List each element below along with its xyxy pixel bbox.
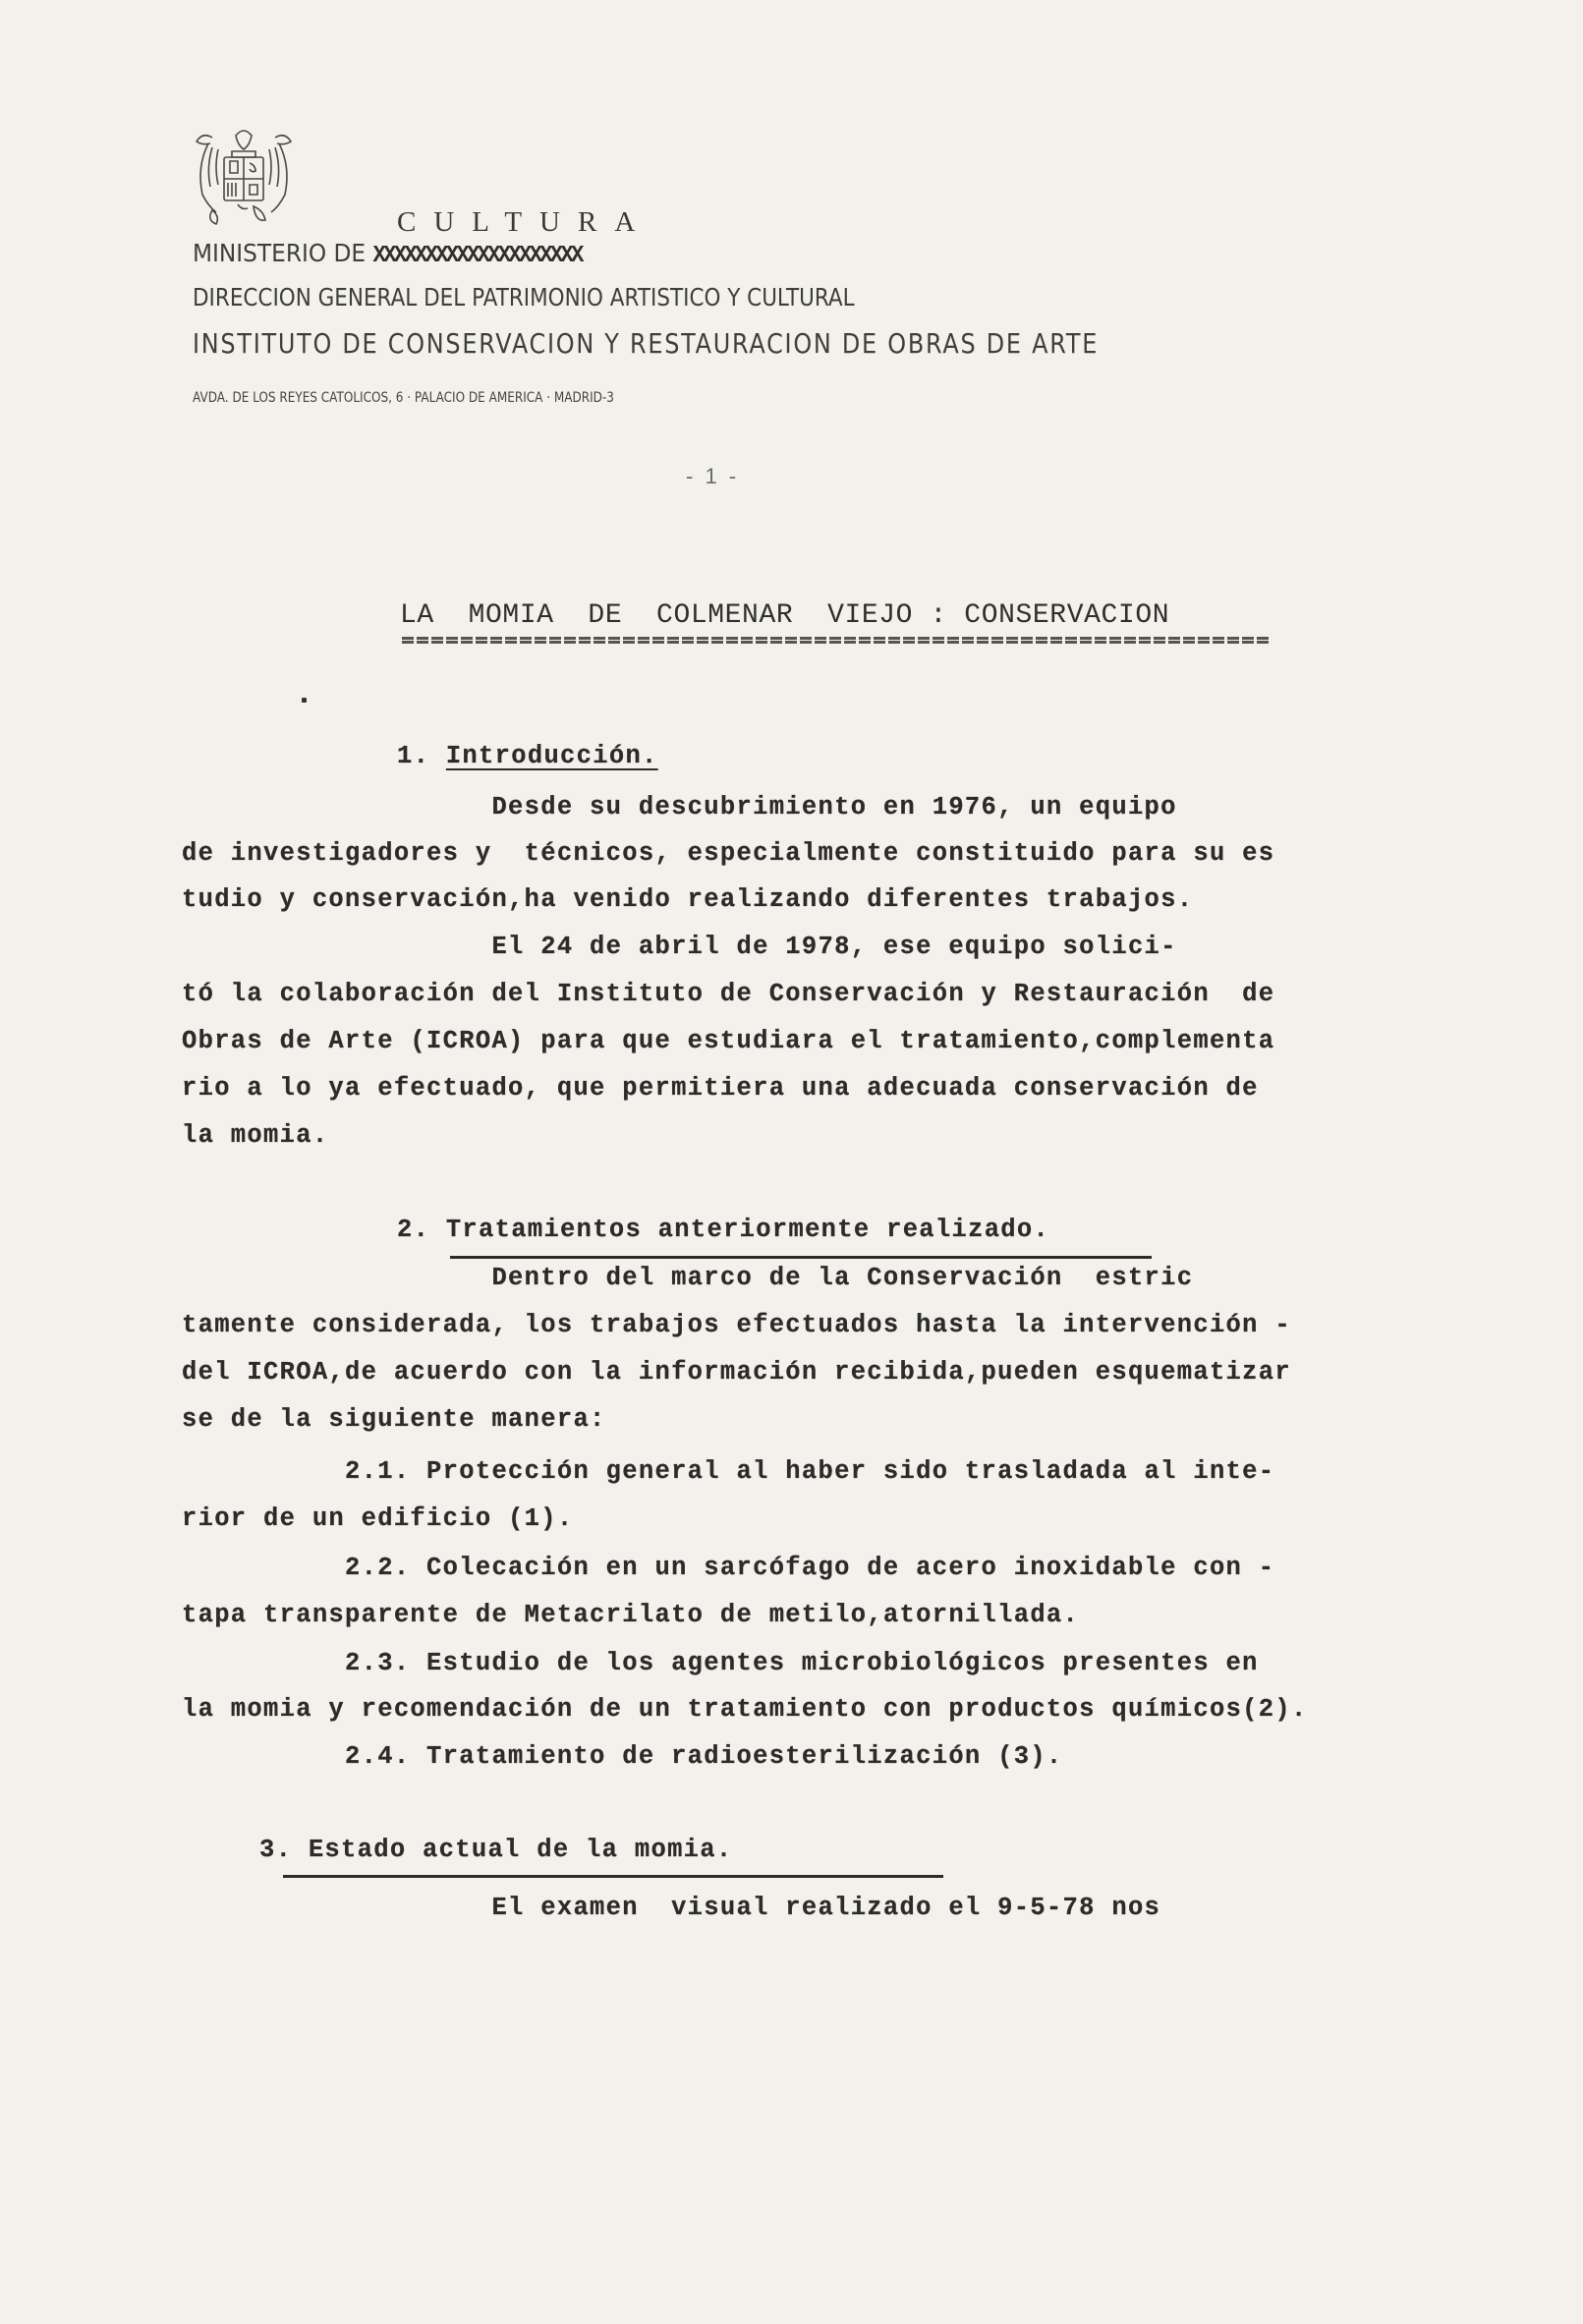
ink-mark [302, 698, 307, 703]
paragraph-line: rio a lo ya efectuado, que permitiera un… [182, 1074, 1259, 1103]
coat-of-arms-eagle-icon [193, 126, 295, 230]
section-heading-text: Tratamientos anteriormente realizado. [446, 1216, 1049, 1244]
paragraph-line: El 24 de abril de 1978, ese equipo solic… [182, 933, 1177, 961]
paragraph-line: tó la colaboración del Instituto de Cons… [182, 980, 1274, 1008]
paragraph-line: El examen visual realizado el 9-5-78 nos [182, 1894, 1160, 1922]
struck-out-ministry-name: XXXXXXXXXXXXXXXXXXXX [373, 243, 582, 269]
paragraph-line: Obras de Arte (ICROA) para que estudiara… [182, 1027, 1274, 1055]
paragraph-line: tamente considerada, los trabajos efectu… [182, 1311, 1291, 1339]
section-heading-text: Estado actual de la momia. [309, 1836, 733, 1864]
list-item-line: 2.3. Estudio de los agentes microbiológi… [182, 1649, 1259, 1677]
instituto-line: INSTITUTO DE CONSERVACION Y RESTAURACION… [193, 328, 1099, 360]
paragraph-line: del ICROA,de acuerdo con la información … [182, 1358, 1291, 1387]
section-1-heading: 1. Introducción. [397, 742, 658, 770]
paragraph-line: Dentro del marco de la Conservación estr… [182, 1264, 1193, 1292]
section-number: 2. [397, 1216, 429, 1244]
title-double-underline [402, 637, 1271, 644]
page-number: - 1 - [686, 464, 739, 489]
section-heading-text: Introducción. [446, 742, 658, 770]
ministry-name-cultura: CULTURA [397, 206, 652, 239]
document-page: CULTURA MINISTERIO DE XXXXXXXXXXXXXXXXXX… [0, 0, 1583, 2324]
list-item-line: tapa transparente de Metacrilato de meti… [182, 1601, 1079, 1629]
paragraph-line: de investigadores y técnicos, especialme… [182, 839, 1274, 868]
paragraph-line: tudio y conservación,ha venido realizand… [182, 885, 1193, 914]
section-3-heading-underline-full [283, 1875, 943, 1878]
section-3-heading: 3. Estado actual de la momia. [259, 1836, 733, 1864]
paragraph-line: Desde su descubrimiento en 1976, un equi… [182, 793, 1177, 822]
list-item-line: 2.4. Tratamiento de radioesterilización … [182, 1742, 1063, 1771]
section-2-heading: 2. Tratamientos anteriormente realizado. [397, 1216, 1049, 1244]
direccion-general-line: DIRECCION GENERAL DEL PATRIMONIO ARTISTI… [193, 283, 855, 312]
list-item-line: la momia y recomendación de un tratamien… [182, 1695, 1308, 1724]
section-number: 1. [397, 742, 429, 770]
ministry-line: MINISTERIO DE XXXXXXXXXXXXXXXXXXXX [193, 239, 582, 269]
paragraph-line: se de la siguiente manera: [182, 1405, 606, 1434]
list-item-line: 2.1. Protección general al haber sido tr… [182, 1457, 1274, 1486]
document-title: LA MOMIA DE COLMENAR VIEJO : CONSERVACIO… [400, 600, 1169, 631]
list-item-line: 2.2. Colecación en un sarcófago de acero… [182, 1554, 1274, 1582]
section-2-heading-underline [450, 1256, 1152, 1259]
ministry-prefix: MINISTERIO DE [193, 239, 366, 267]
list-item-line: rior de un edificio (1). [182, 1504, 573, 1533]
section-number: 3. [259, 1836, 292, 1864]
address-line: AVDA. DE LOS REYES CATOLICOS, 6 · PALACI… [193, 390, 614, 406]
paragraph-line: la momia. [182, 1121, 328, 1150]
